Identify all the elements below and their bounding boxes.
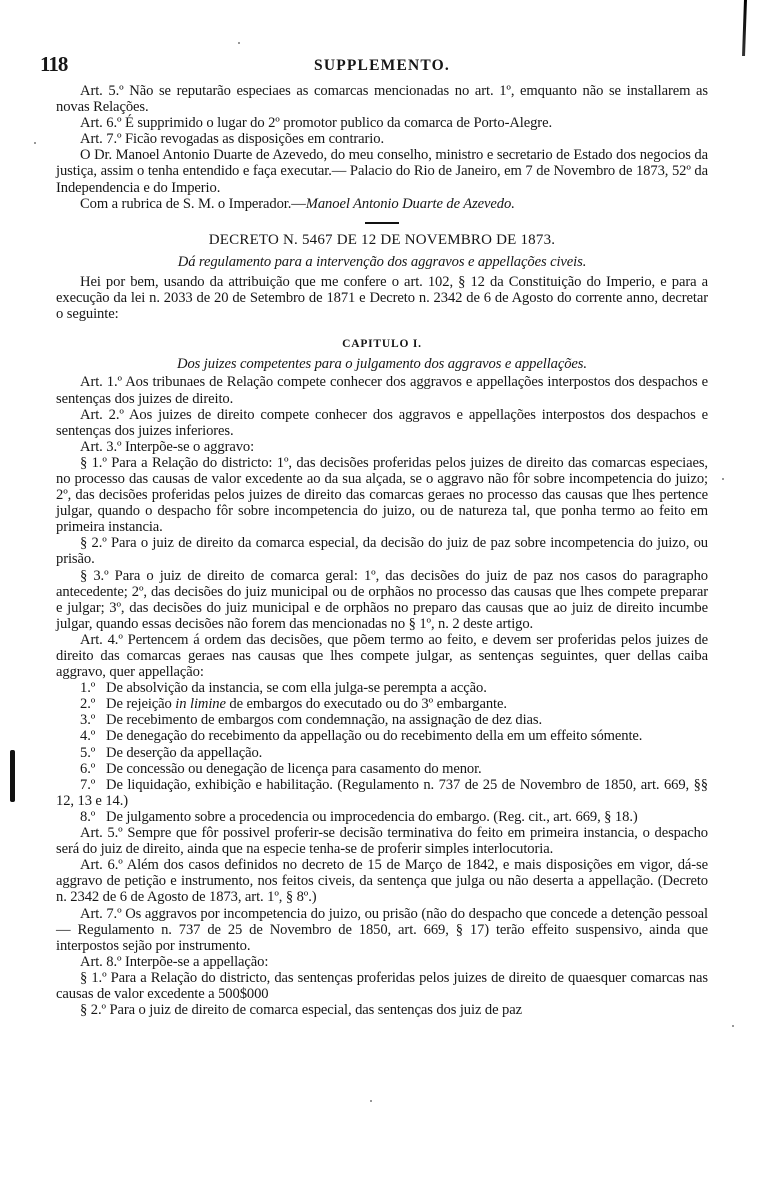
list-number: 2.º	[80, 696, 106, 712]
paragraph-art6-prev: Art. 6.º É supprimido o lugar do 2º prom…	[56, 115, 708, 131]
decree-title: DECRETO N. 5467 DE 12 DE NOVEMBRO DE 187…	[56, 232, 708, 248]
chapter-subtitle: Dos juizes competentes para o julgamento…	[56, 356, 708, 372]
list-text: De liquidação, exhibição e habilitação. …	[56, 777, 708, 809]
list-number: 4.º	[80, 728, 106, 744]
speck	[370, 1100, 372, 1102]
list-number: 6.º	[80, 761, 106, 777]
article-8-paragraph-1: § 1.º Para a Relação do districto, das s…	[56, 970, 708, 1002]
scan-artifact-line	[742, 0, 747, 56]
list-text: De concessão ou denegação de licença par…	[106, 761, 482, 777]
speck	[238, 42, 240, 44]
list-text: De absolvição da instancia, se com ella …	[106, 680, 487, 696]
paragraph-art7-prev: Art. 7.º Ficão revogadas as disposições …	[56, 131, 708, 147]
article-4-intro: Art. 4.º Pertencem á ordem das decisões,…	[56, 632, 708, 680]
list-text: De rejeição	[106, 696, 175, 712]
page-header: 118 SUPPLEMENTO.	[56, 60, 708, 82]
list-item: 8.ºDe julgamento sobre a procedencia ou …	[56, 809, 708, 825]
rubric-signature: Manoel Antonio Duarte de Azevedo.	[306, 196, 515, 212]
list-number: 8.º	[80, 809, 106, 825]
list-item: 1.ºDe absolvição da instancia, se com el…	[56, 680, 708, 696]
article-3-intro: Art. 3.º Interpõe-se o aggravo:	[56, 439, 708, 455]
preceding-decree-end: Art. 5.º Não se reputarão especiaes as c…	[56, 83, 708, 212]
speck	[722, 478, 724, 480]
rubric-prefix: Com a rubrica de S. M. o Imperador.—	[80, 196, 306, 212]
article-1: Art. 1.º Aos tribunaes de Relação compet…	[56, 374, 708, 406]
book-page: 118 SUPPLEMENTO. Art. 5.º Não se reputar…	[56, 60, 708, 1018]
latin-term: in limine	[175, 696, 226, 712]
article-3-paragraph-3: § 3.º Para o juiz de direito de comarca …	[56, 568, 708, 632]
decree-preamble: Hei por bem, usando da attribuição que m…	[56, 274, 708, 322]
running-head: SUPPLEMENTO.	[56, 58, 708, 74]
binding-mark	[10, 750, 15, 802]
speck	[34, 142, 36, 144]
list-text: De recebimento de embargos com condemnaç…	[106, 712, 542, 728]
article-8-intro: Art. 8.º Interpõe-se a appellação:	[56, 954, 708, 970]
paragraph-rubric: Com a rubrica de S. M. o Imperador.—Mano…	[56, 196, 708, 212]
list-number: 5.º	[80, 745, 106, 761]
list-item: 6.ºDe concessão ou denegação de licença …	[56, 761, 708, 777]
list-number: 3.º	[80, 712, 106, 728]
article-3-paragraph-2: § 2.º Para o juiz de direito da comarca …	[56, 535, 708, 567]
decree-subtitle: Dá regulamento para a intervenção dos ag…	[56, 254, 708, 270]
list-text: De julgamento sobre a procedencia ou imp…	[106, 809, 638, 825]
article-8-paragraph-2: § 2.º Para o juiz de direito de comarca …	[56, 1002, 708, 1018]
list-item: 7.ºDe liquidação, exhibição e habilitaçã…	[56, 777, 708, 809]
paragraph-closing: O Dr. Manoel Antonio Duarte de Azevedo, …	[56, 147, 708, 195]
chapter-heading: CAPITULO I.	[56, 336, 708, 352]
decree-5467: DECRETO N. 5467 DE 12 DE NOVEMBRO DE 187…	[56, 232, 708, 1018]
list-text: De denegação do recebimento da appellaçã…	[106, 728, 642, 744]
article-6: Art. 6.º Além dos casos definidos no dec…	[56, 857, 708, 905]
article-4-list: 1.ºDe absolvição da instancia, se com el…	[56, 680, 708, 825]
article-5: Art. 5.º Sempre que fôr possivel proferi…	[56, 825, 708, 857]
list-number: 7.º	[80, 777, 106, 793]
article-2: Art. 2.º Aos juizes de direito compete c…	[56, 407, 708, 439]
list-text: de embargos do executado ou do 3º embarg…	[226, 696, 507, 712]
list-number: 1.º	[80, 680, 106, 696]
list-item: 4.ºDe denegação do recebimento da appell…	[56, 728, 708, 744]
section-divider	[365, 222, 399, 224]
article-7: Art. 7.º Os aggravos por incompetencia d…	[56, 906, 708, 954]
article-3-paragraph-1: § 1.º Para a Relação do districto: 1º, d…	[56, 455, 708, 535]
paragraph-art5-prev: Art. 5.º Não se reputarão especiaes as c…	[56, 83, 708, 115]
speck	[732, 1025, 734, 1027]
list-item: 5.ºDe deserção da appellação.	[56, 745, 708, 761]
list-item: 3.ºDe recebimento de embargos com condem…	[56, 712, 708, 728]
list-text: De deserção da appellação.	[106, 745, 262, 761]
list-item: 2.ºDe rejeição in limine de embargos do …	[56, 696, 708, 712]
